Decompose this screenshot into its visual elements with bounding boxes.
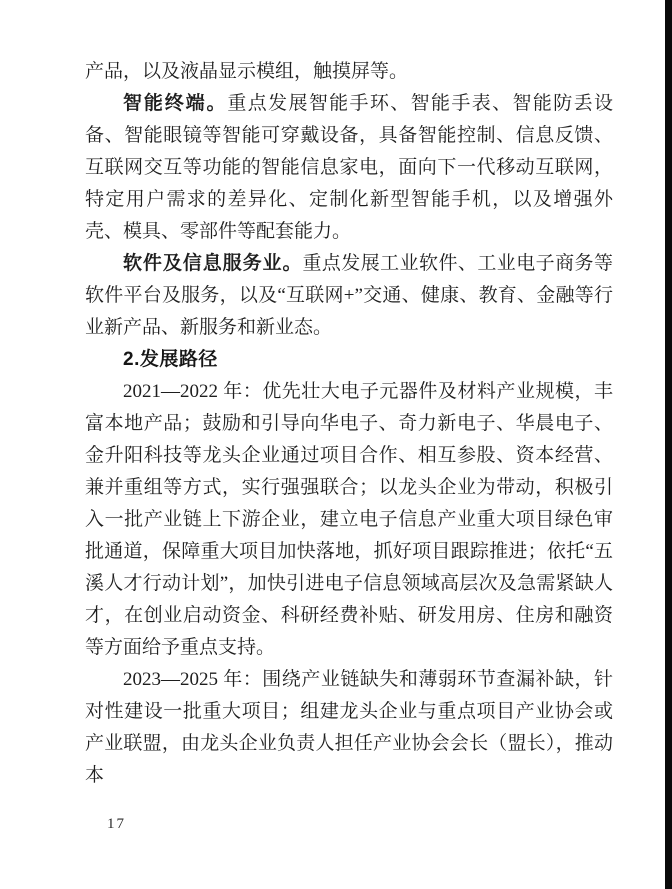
paragraph-text-smart-terminal: 重点发展智能手环、智能手表、智能防丢设备、智能眼镜等智能可穿戴设备，具备智能控制… [85, 93, 613, 242]
section-heading-development-path: 2.发展路径 [85, 344, 613, 376]
page-number: 17 [107, 816, 126, 833]
paragraph-lead-software-services: 软件及信息服务业。 [123, 253, 302, 274]
scan-edge-artifact [665, 0, 672, 889]
paragraph-smart-terminal: 智能终端。重点发展智能手环、智能手表、智能防丢设备、智能眼镜等智能可穿戴设备，具… [85, 88, 613, 248]
document-body: 产品，以及液晶显示模组，触摸屏等。 智能终端。重点发展智能手环、智能手表、智能防… [85, 56, 613, 792]
document-page: 产品，以及液晶显示模组，触摸屏等。 智能终端。重点发展智能手环、智能手表、智能防… [0, 0, 672, 889]
paragraph-lead-smart-terminal: 智能终端。 [123, 93, 227, 114]
paragraph-software-services: 软件及信息服务业。重点发展工业软件、工业电子商务等软件平台及服务，以及“互联网+… [85, 248, 613, 344]
paragraph-2023-2025: 2023—2025 年：围绕产业链缺失和薄弱环节查漏补缺，针对性建设一批重大项目… [85, 664, 613, 792]
paragraph-continuation: 产品，以及液晶显示模组，触摸屏等。 [85, 56, 613, 88]
paragraph-2021-2022: 2021—2022 年：优先壮大电子元器件及材料产业规模，丰富本地产品；鼓励和引… [85, 376, 613, 664]
